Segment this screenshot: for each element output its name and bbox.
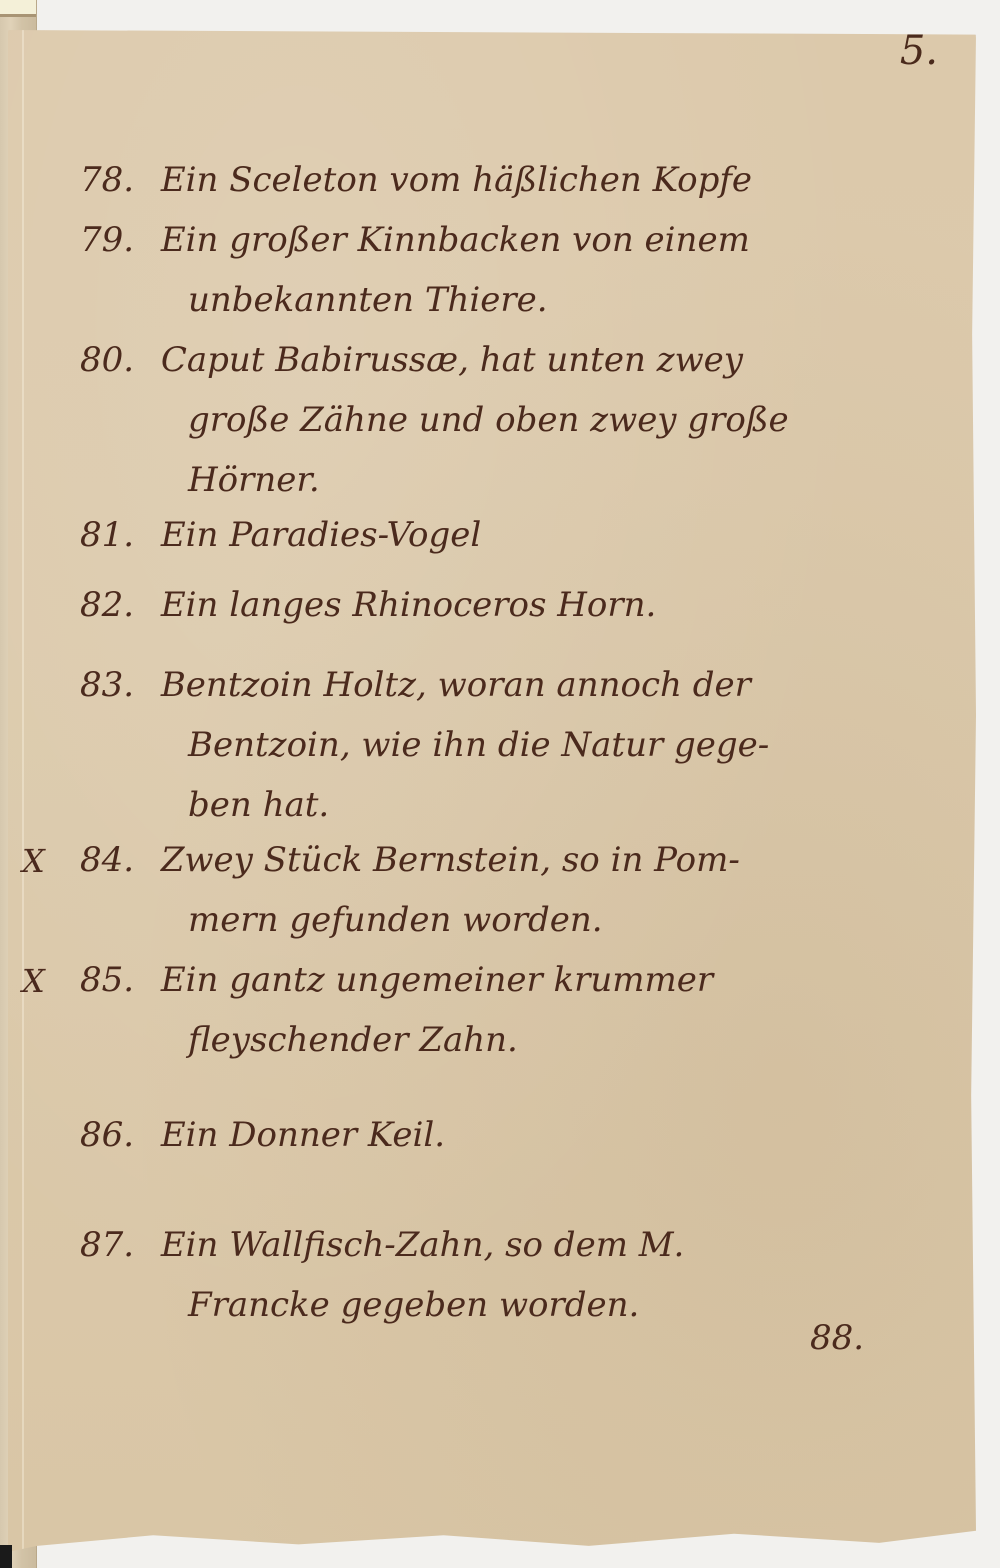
entry-text-continued: ben hat. [80,775,960,835]
entry-86: 86. Ein Donner Keil. [80,1105,960,1165]
entry-number: 83. [80,655,150,715]
entry-text: Ein Donner Keil. [161,1115,445,1155]
entry-text: Ein großer Kinnbacken von einem [161,220,750,260]
entry-text: Caput Babirussæ, hat unten zwey [161,340,743,380]
page-number: 5. [900,28,938,74]
entry-85: 85. Ein gantz ungemeiner krummer fleysch… [80,950,960,1070]
entry-text: Ein Wallfisch-Zahn, so dem M. [161,1225,685,1265]
entry-80: 80. Caput Babirussæ, hat unten zwey groß… [80,330,960,510]
entry-text-continued: fleyschender Zahn. [80,1010,960,1070]
entry-number: 82. [80,575,150,635]
entries-layer: 5. 78. Ein Sceleton vom häßlichen Kopfe … [0,0,1000,1568]
entry-text-continued: unbekannten Thiere. [80,270,960,330]
margin-x-mark: X [22,962,45,1000]
entry-text: Bentzoin Holtz, woran annoch der [161,665,751,705]
entry-number: 84. [80,830,150,890]
entry-82: 82. Ein langes Rhinoceros Horn. [80,575,960,635]
catchword: 88. [810,1318,864,1358]
entry-text: Zwey Stück Bernstein, so in Pom- [161,840,740,880]
margin-x-mark: X [22,842,45,880]
entry-78: 78. Ein Sceleton vom häßlichen Kopfe [80,150,960,210]
entry-number: 86. [80,1105,150,1165]
entry-84: 84. Zwey Stück Bernstein, so in Pom- mer… [80,830,960,950]
entry-text-continued: Bentzoin, wie ihn die Natur gege- [80,715,960,775]
entry-text: Ein gantz ungemeiner krummer [161,960,713,1000]
entry-number: 85. [80,950,150,1010]
entry-text-continued: mern gefunden worden. [80,890,960,950]
entry-text: Ein Paradies-Vogel [161,515,481,555]
entry-number: 79. [80,210,150,270]
entry-79: 79. Ein großer Kinnbacken von einem unbe… [80,210,960,330]
entry-number: 87. [80,1215,150,1275]
binding-shadow [0,1545,12,1568]
entry-text: Ein langes Rhinoceros Horn. [161,585,657,625]
entry-81: 81. Ein Paradies-Vogel [80,505,960,565]
entry-number: 78. [80,150,150,210]
entry-83: 83. Bentzoin Holtz, woran annoch der Ben… [80,655,960,835]
entry-number: 80. [80,330,150,390]
entry-text: Ein Sceleton vom häßlichen Kopfe [161,160,752,200]
entry-87: 87. Ein Wallfisch-Zahn, so dem M. Franck… [80,1215,960,1335]
entry-number: 81. [80,505,150,565]
entry-text-continued: große Zähne und oben zwey große [80,390,960,450]
entry-text-continued: Hörner. [80,450,960,510]
